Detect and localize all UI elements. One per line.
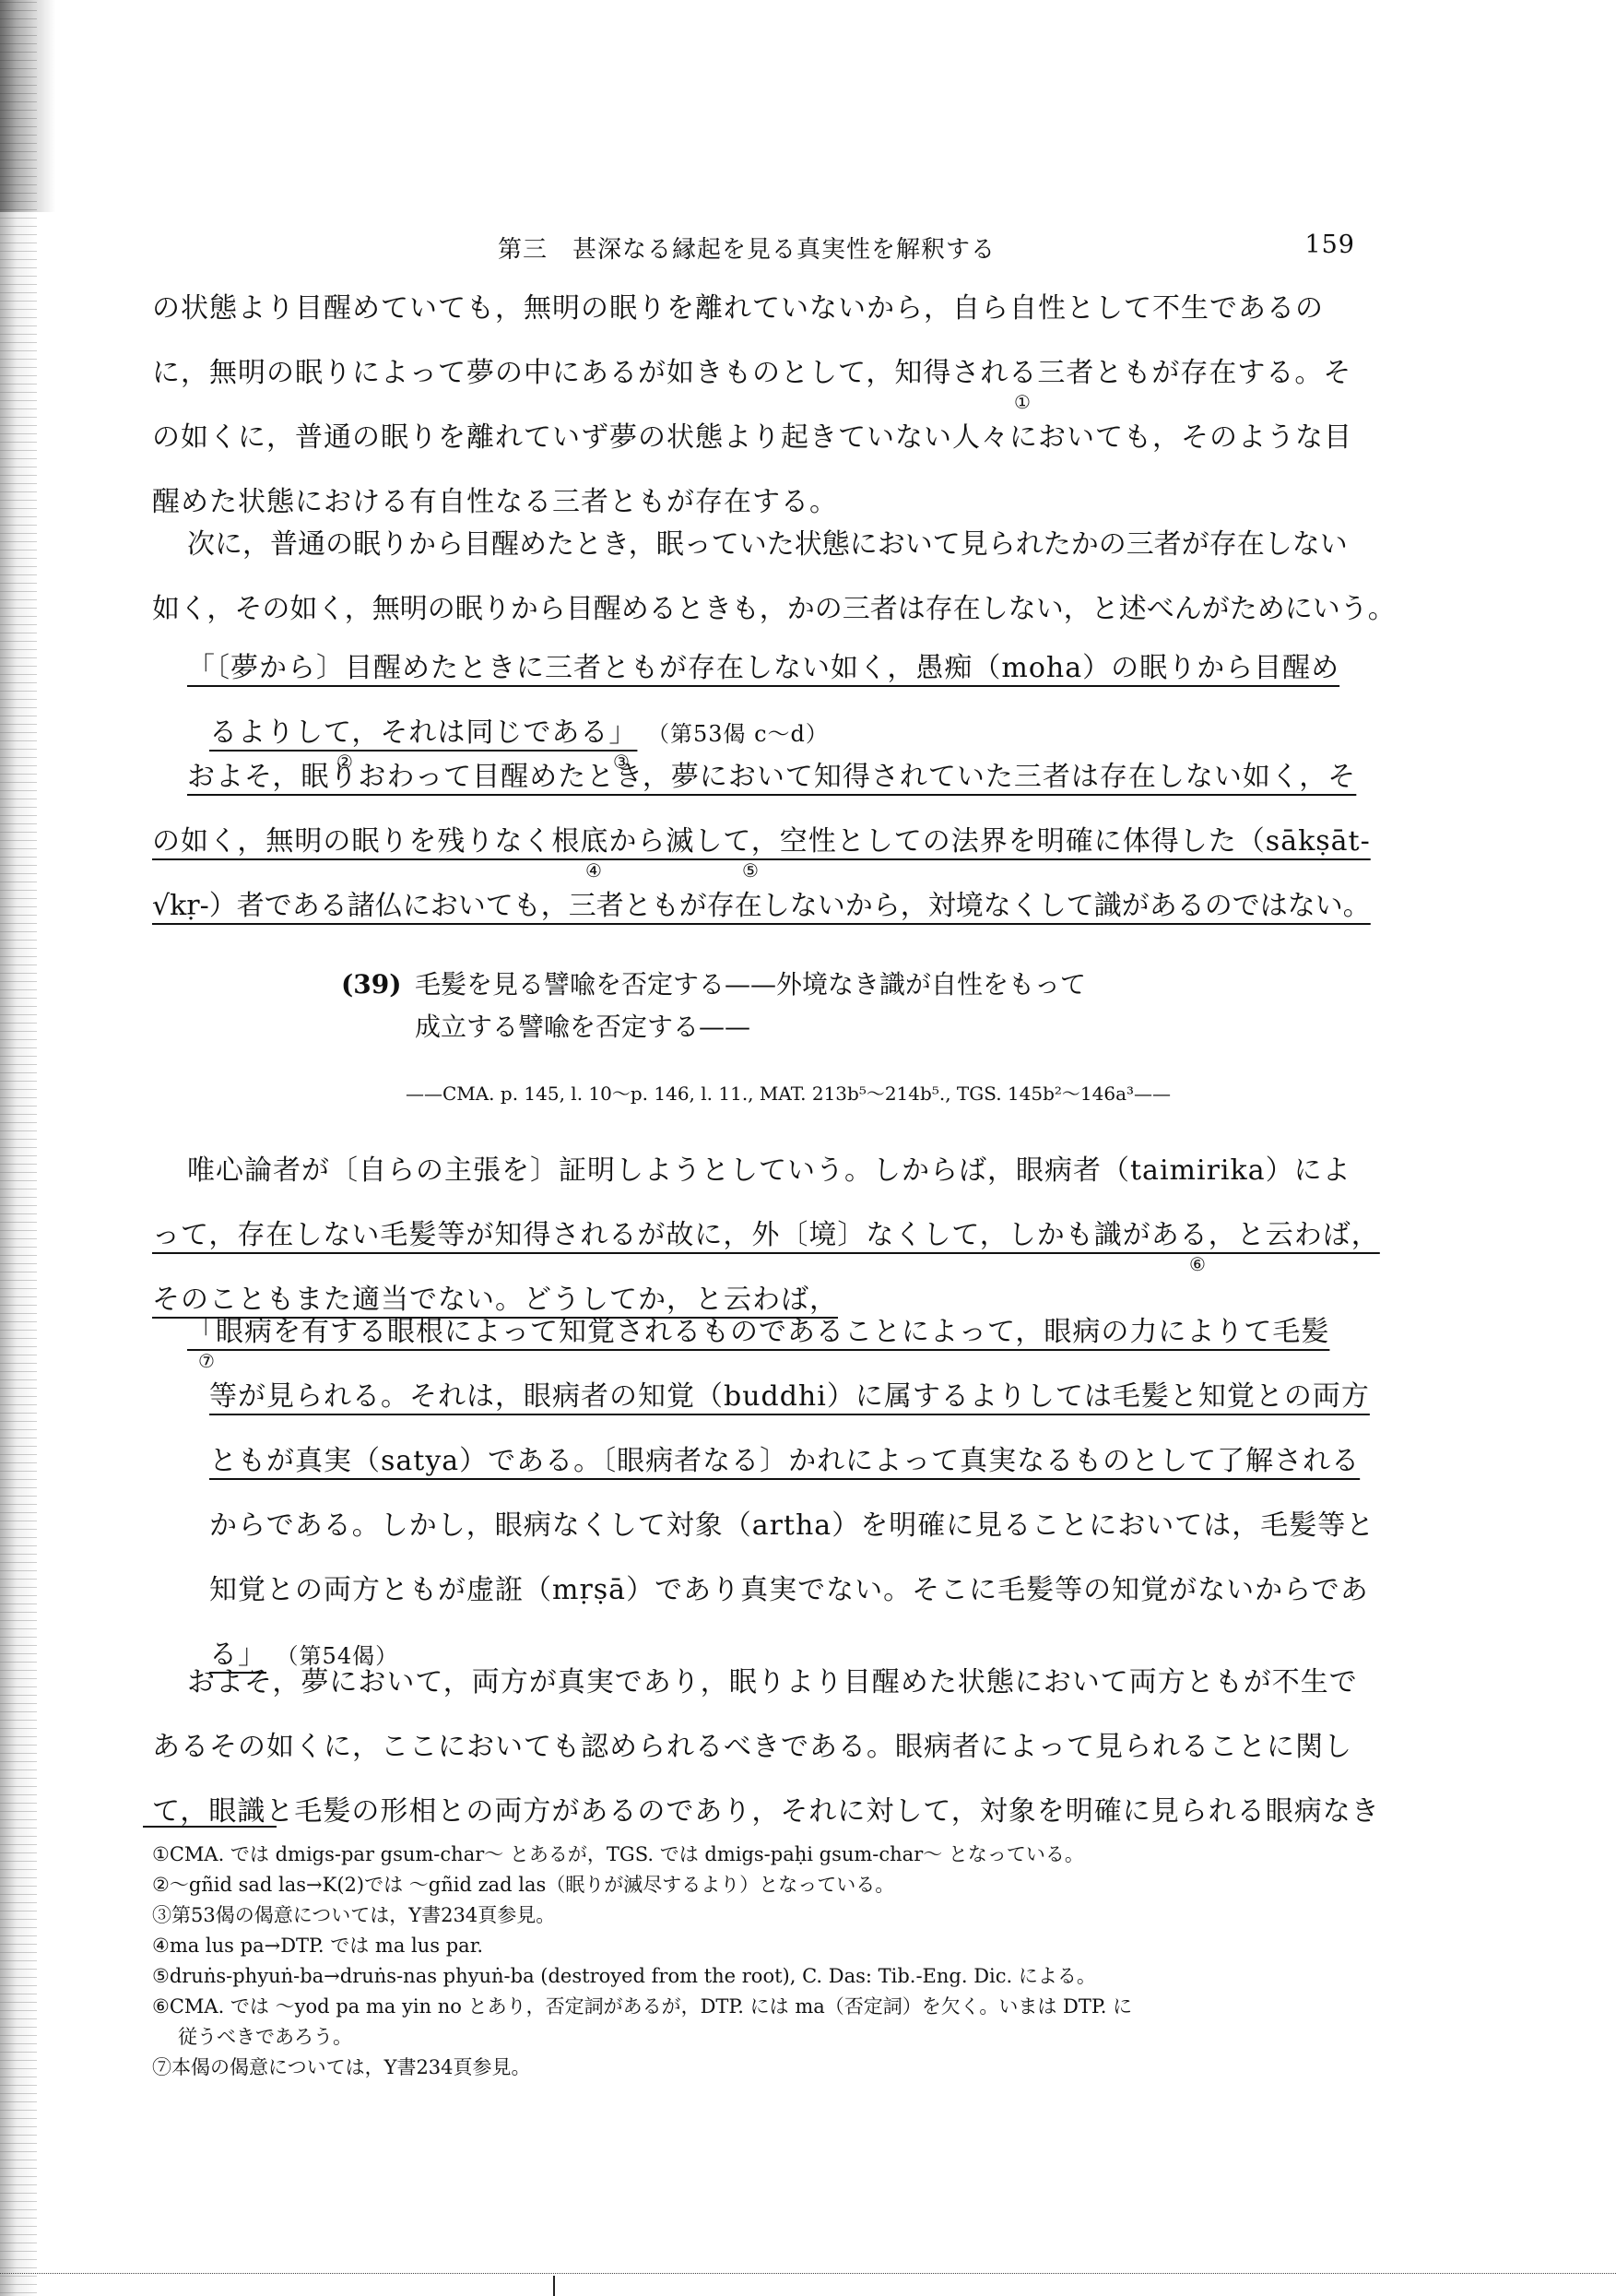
- paragraph-line-text: って，存在しない毛髪等が知得されるが故に，外〔境〕なくして，しかも識がある，と云…: [152, 1219, 1380, 1251]
- scan-corner-artifact: [0, 0, 55, 212]
- paragraph-line: って，存在しない毛髪等が知得されるが故に，外〔境〕なくして，しかも識がある，と云…: [152, 1203, 1355, 1268]
- footnote-mark: ①: [152, 1843, 170, 1865]
- footnote-mark: ⑦: [152, 2056, 171, 2078]
- paragraph-1: の状態より目醒めていても，無明の眠りを離れていないから，自ら自性として不生である…: [152, 277, 1355, 535]
- paragraph-line-text: およそ，眠りおわって目醒めたとき，夢において知得されていた三者は存在しない如く，…: [187, 761, 1356, 793]
- paragraph-line-text: に，無明の眠りによって夢の中にあるが如きものとして，知得される三者ともが存在する…: [152, 357, 1351, 389]
- source-reference: ——CMA. p. 145, l. 10〜p. 146, l. 11., MAT…: [327, 1079, 1249, 1106]
- footnote-text: 第53偈の偈意については，Y書234頁参見。: [171, 1904, 555, 1926]
- running-head-title: 第三 甚深なる縁起を見る真実性を解釈する: [498, 231, 996, 265]
- footnote-mark: ③: [152, 1904, 171, 1926]
- running-head: 第三 甚深なる縁起を見る真実性を解釈する 159: [498, 231, 1355, 267]
- verse-54: 「眼病を有する眼根によって知覚されるものであることによって，眼病の力によりて毛髪…: [152, 1300, 1355, 1687]
- footnote-7: ⑦本偈の偈意については，Y書234頁参見。: [152, 2053, 1369, 2083]
- scan-bottom-tick: [553, 2276, 555, 2296]
- section-heading-line-1: (39)毛髪を見る譬喩を否定する——外境なき識が自性をもって: [341, 964, 1086, 1006]
- verse-line: からである。しかし，眼病なくして対象（artha）を明確に見ることにおいては，毛…: [152, 1494, 1355, 1558]
- section-number: (39): [341, 964, 415, 1006]
- footnote-6: ⑥CMA. では 〜yod pa ma yin no とあり，否定詞があるが，D…: [152, 1992, 1369, 2022]
- section-title-line-2: 成立する譬喩を否定する——: [341, 1006, 1086, 1048]
- verse-line-text: 等が見られる。それは，眼病者の知覚（buddhi）に属するよりしては毛髪と知覚と…: [209, 1380, 1370, 1413]
- verse-line: 知覚との両方ともが虚誑（mṛṣā）であり真実でない。そこに毛髪等の知覚がないから…: [152, 1558, 1355, 1623]
- paragraph-line: 如く，その如く，無明の眠りから目醒めるときも，かの三者は存在しない，と述べんがた…: [152, 577, 1355, 642]
- verse-line: 「〔夢から〕目醒めたときに三者ともが存在しない如く，愚痴（moha）の眠りから目…: [152, 636, 1355, 701]
- paragraph-line: あるその如くに，ここにおいても認められるべきである。眼病者によって見られることに…: [152, 1715, 1355, 1780]
- paragraph-line: に，無明の眠りによって夢の中にあるが如きものとして，知得される三者ともが存在する…: [152, 341, 1355, 406]
- paragraph-line: 次に，普通の眠りから目醒めたとき，眠っていた状態において見られたかの三者が存在し…: [152, 513, 1355, 577]
- footnote-text: CMA. では 〜yod pa ma yin no とあり，否定詞があるが，DT…: [170, 1995, 1132, 2018]
- verse-line-text: るよりして，それは同じである」: [209, 716, 637, 749]
- verse-line: ともが真実（satya）である。〔眼病者なる〕かれによって真実なるものとして了解…: [152, 1429, 1355, 1494]
- verse-line-text: ともが真実（satya）である。〔眼病者なる〕かれによって真実なるものとして了解…: [209, 1445, 1360, 1477]
- verse-line-text: 「〔夢から〕目醒めたときに三者ともが存在しない如く，愚痴（moha）の眠りから目…: [187, 652, 1339, 684]
- paragraph-2: 次に，普通の眠りから目醒めたとき，眠っていた状態において見られたかの三者が存在し…: [152, 513, 1355, 642]
- paragraph-line: の如くに，普通の眠りを離れていず夢の状態より起きていない人々においても，そのよう…: [152, 406, 1355, 470]
- footnotes: ①CMA. では dmigs-par gsum-char〜 とあるが，TGS. …: [152, 1840, 1369, 2083]
- footnote-mark: ⑥: [152, 1995, 170, 2018]
- footnote-5: ⑤druṅs-phyuṅ-ba→druṅs-nas phyuṅ-ba (dest…: [152, 1961, 1369, 1992]
- footnote-divider: [143, 1826, 277, 1828]
- footnote-mark: ②: [152, 1874, 170, 1896]
- footnote-text: CMA. では dmigs-par gsum-char〜 とあるが，TGS. で…: [170, 1843, 1084, 1865]
- paragraph-line: 唯心論者が〔自らの主張を〕証明しようとしていう。しからば，眼病者（taimiri…: [152, 1139, 1355, 1203]
- footnote-text: 〜gñid sad las→K(2)では 〜gñid zad las（眠りが滅尽…: [170, 1874, 894, 1896]
- paragraph-line: およそ，夢において，両方が真実であり，眠りより目醒めた状態において両方ともが不生…: [152, 1651, 1355, 1715]
- footnote-text: 本偈の偈意については，Y書234頁参見。: [171, 2056, 531, 2078]
- paragraph-line: およそ，眠りおわって目醒めたとき，夢において知得されていた三者は存在しない如く，…: [152, 745, 1355, 810]
- paragraph-3: およそ，眠りおわって目醒めたとき，夢において知得されていた三者は存在しない如く，…: [152, 745, 1355, 939]
- paragraph-line: て，眼識と毛髪の形相との両方があるのであり，それに対して，対象を明確に見られる眼…: [152, 1780, 1355, 1844]
- verse-line-text: 「眼病を有する眼根によって知覚されるものであることによって，眼病の力によりて毛髪: [187, 1316, 1329, 1348]
- paragraph-line: の如く，無明の眠りを残りなく根底から滅して，空性としての法界を明確に体得した（s…: [152, 810, 1355, 874]
- footnote-text: druṅs-phyuṅ-ba→druṅs-nas phyuṅ-ba (destr…: [170, 1965, 1096, 1987]
- footnote-4: ④ma lus pa→DTP. では ma lus par.: [152, 1931, 1369, 1961]
- scan-bottom-edge: [0, 2273, 1616, 2296]
- footnote-3: ③第53偈の偈意については，Y書234頁参見。: [152, 1900, 1369, 1931]
- footnote-2: ②〜gñid sad las→K(2)では 〜gñid zad las（眠りが滅…: [152, 1870, 1369, 1900]
- footnote-text: ma lus pa→DTP. では ma lus par.: [170, 1935, 483, 1957]
- verse-citation: （第53偈 c〜d）: [647, 721, 829, 747]
- paragraph-line: √kṛ-）者である諸仏においても，三者ともが存在しないから，対境なくして識がある…: [152, 874, 1355, 939]
- verse-line: 「眼病を有する眼根によって知覚されるものであることによって，眼病の力によりて毛髪…: [152, 1300, 1355, 1365]
- section-title-line-1: 毛髪を見る譬喩を否定する——外境なき識が自性をもって: [415, 969, 1086, 1000]
- verse-line: 等が見られる。それは，眼病者の知覚（buddhi）に属するよりしては毛髪と知覚と…: [152, 1365, 1355, 1429]
- scan-edge-artifact: [0, 0, 37, 2296]
- section-heading-39: (39)毛髪を見る譬喩を否定する——外境なき識が自性をもって 成立する譬喩を否定…: [341, 964, 1086, 1048]
- footnote-mark: ⑤: [152, 1965, 170, 1987]
- paragraph-5: およそ，夢において，両方が真実であり，眠りより目醒めた状態において両方ともが不生…: [152, 1651, 1355, 1844]
- paragraph-line-text: √kṛ-）者である諸仏においても，三者ともが存在しないから，対境なくして識がある…: [152, 890, 1371, 922]
- paragraph-line: の状態より目醒めていても，無明の眠りを離れていないから，自ら自性として不生である…: [152, 277, 1355, 341]
- footnote-6-continuation: 従うべきであろう。: [152, 2022, 1369, 2053]
- page-number: 159: [1304, 231, 1355, 259]
- footnote-mark: ④: [152, 1935, 170, 1957]
- paragraph-line-text: の如く，無明の眠りを残りなく根底から滅して，空性としての法界を明確に体得した（s…: [152, 825, 1371, 858]
- footnote-1: ①CMA. では dmigs-par gsum-char〜 とあるが，TGS. …: [152, 1840, 1369, 1870]
